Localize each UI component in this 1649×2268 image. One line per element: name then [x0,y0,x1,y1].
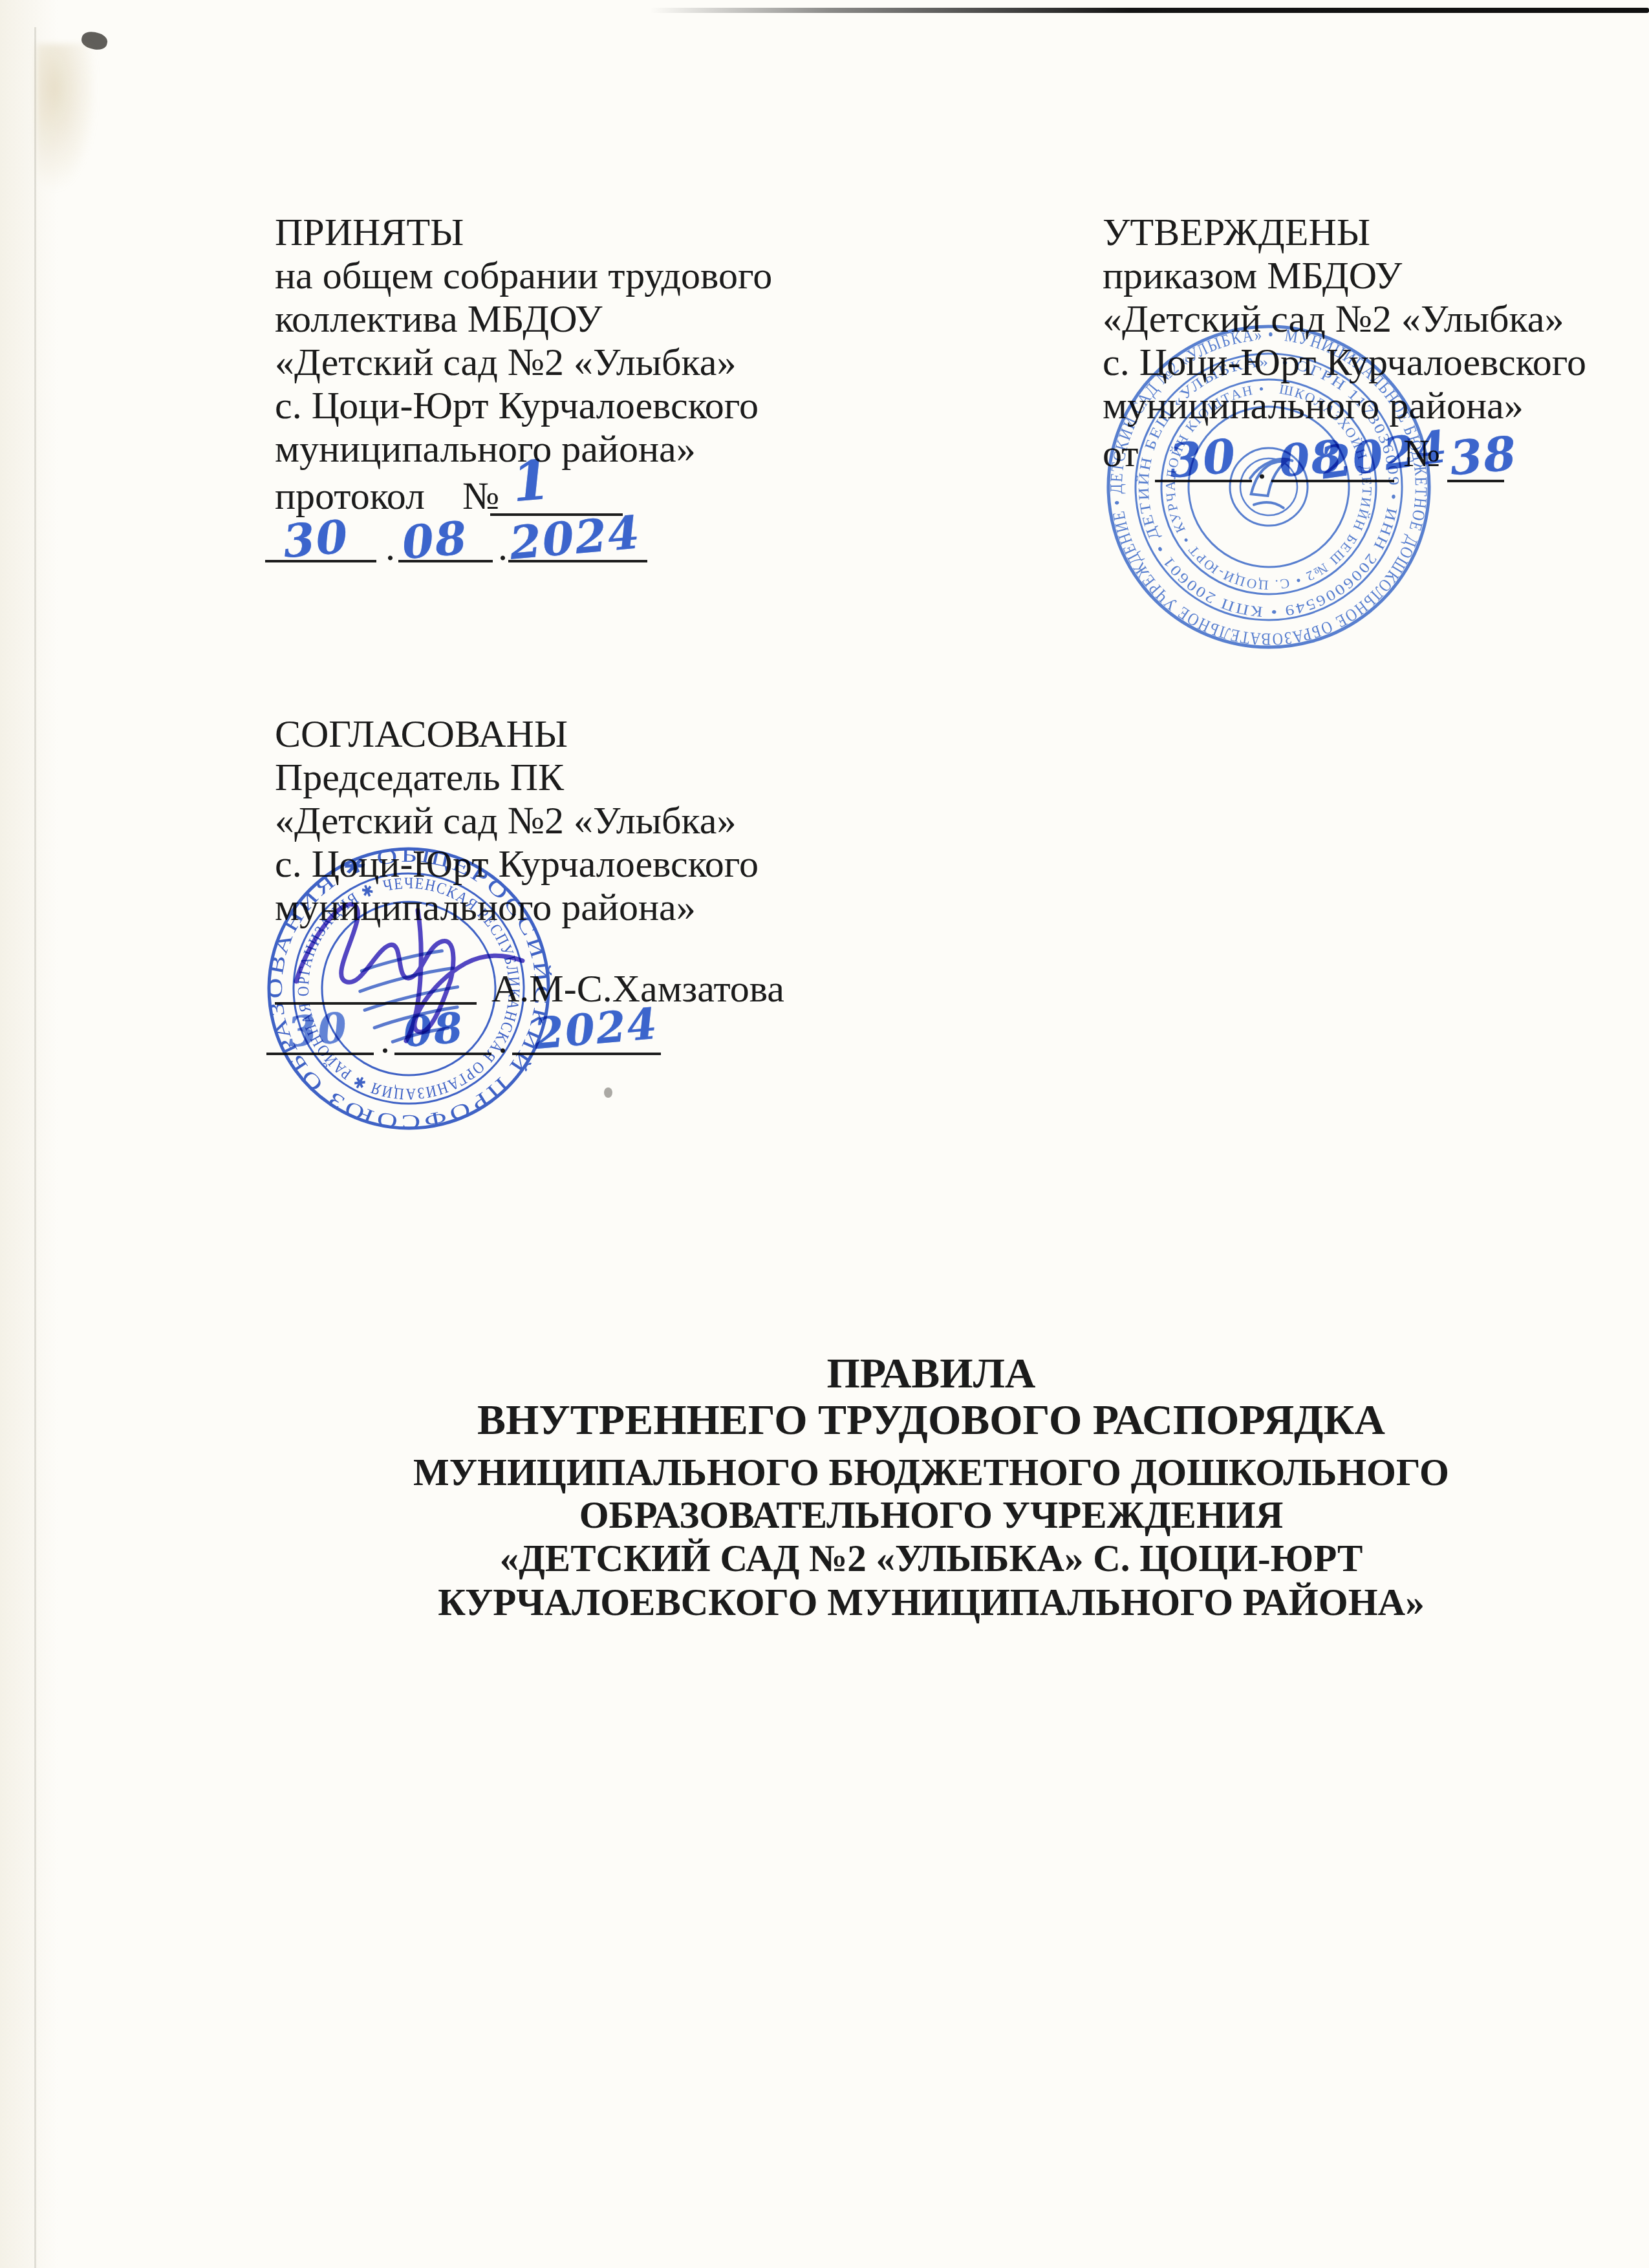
approved-heading: УТВЕРЖДЕНЫ [1103,211,1586,254]
protocol-number-sign: № [462,475,499,518]
protocol-label: протокол [275,475,425,518]
agreed-line: Председатель ПК [275,756,759,799]
protocol-number-handwritten: 1 [510,447,554,515]
accepted-line: коллектива МБДОУ [275,297,772,341]
scanned-document-page: ПРИНЯТЫ на общем собрании трудового колл… [0,0,1649,2268]
accepted-date-year-handwritten: 2024 [508,505,643,570]
order-number-handwritten: 38 [1447,425,1519,486]
order-date-day-handwritten: 30 [1167,428,1238,489]
accepted-line: «Детский сад №2 «Улыбка» [275,341,772,384]
accepted-block: ПРИНЯТЫ на общем собрании трудового колл… [275,211,772,471]
date-separator-dot: . [498,528,508,566]
accepted-heading: ПРИНЯТЫ [275,211,772,254]
accepted-line: на общем собрании трудового [275,254,772,297]
scan-artifact-top-line [650,8,1649,13]
kindergarten-seal-stamp: МУНИЦИПАЛЬНОЕ БЮДЖЕТНОЕ ДОШКОЛЬНОЕ ОБРАЗ… [1103,321,1434,652]
document-title-line: ПРАВИЛА [213,1351,1649,1396]
document-title-line: ОБРАЗОВАТЕЛЬНОГО УЧРЕЖДЕНИЯ [213,1494,1649,1535]
document-title-line: ВНУТРЕННЕГО ТРУДОВОГО РАСПОРЯДКА [213,1398,1649,1443]
scan-artifact-left-edge-line [34,27,36,2268]
approved-line: приказом МБДОУ [1103,254,1586,297]
date-separator-dot: . [385,528,395,566]
signature-stroke [278,840,556,1054]
signature-graphic [278,840,556,1054]
kindergarten-seal-graphic: МУНИЦИПАЛЬНОЕ БЮДЖЕТНОЕ ДОШКОЛЬНОЕ ОБРАЗ… [1103,321,1434,652]
document-title-line: «ДЕТСКИЙ САД №2 «УЛЫБКА» С. ЦОЦИ-ЮРТ [213,1537,1649,1579]
accepted-date-day-handwritten: 30 [281,509,351,569]
agreed-line: «Детский сад №2 «Улыбка» [275,799,759,842]
scan-artifact-edge-smudge [36,44,98,193]
document-title-line: МУНИЦИПАЛЬНОГО БЮДЖЕТНОГО ДОШКОЛЬНОГО [213,1451,1649,1493]
document-title-line: КУРЧАЛОЕВСКОГО МУНИЦИПАЛЬНОГО РАЙОНА» [213,1581,1649,1623]
agreed-heading: СОГЛАСОВАНЫ [275,712,759,756]
accepted-date-month-handwritten: 08 [400,511,470,570]
accepted-line: с. Цоци-Юрт Курчалоевского [275,384,772,427]
scan-artifact-paper-dot [604,1087,612,1098]
